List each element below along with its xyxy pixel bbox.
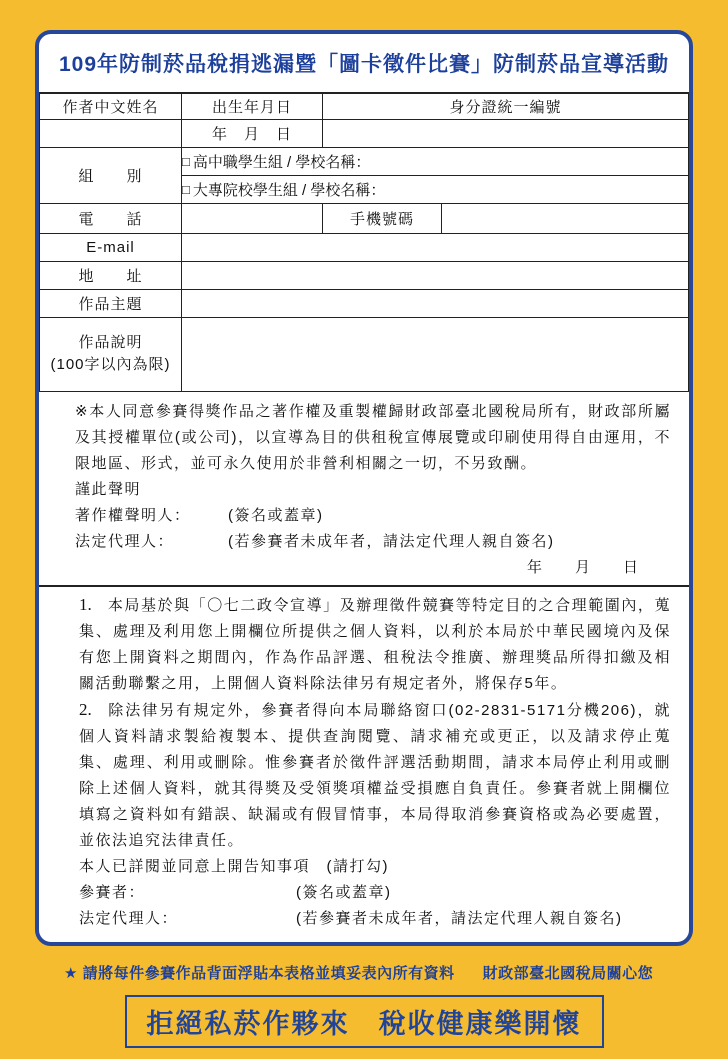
slogan-banner: 拒絕私菸作夥來 稅收健康樂開懷 (125, 995, 604, 1048)
work-theme-label: 作品主題 (40, 289, 182, 317)
mobile-field[interactable] (442, 203, 689, 233)
author-name-field[interactable] (40, 119, 182, 147)
group-option-college[interactable]: □大專院校學生組 / 學校名稱： (182, 175, 689, 203)
copyright-declarant-label: 著作權聲明人： (75, 503, 193, 529)
email-field[interactable] (182, 233, 689, 261)
table-row: 地 址 (40, 261, 689, 289)
participant-legal-representative-signature-field[interactable] (197, 906, 296, 932)
college-group-checkbox[interactable]: □ (182, 182, 190, 197)
college-group-option-label: 大專院校學生組 / 學校名稱： (193, 182, 386, 199)
star-icon: ★ (64, 965, 83, 982)
legal-representative-note: (若參賽者未成年者，請法定代理人親自簽名) (228, 529, 555, 555)
table-row: 組 別 □高中職學生組 / 學校名稱： (40, 147, 689, 175)
table-header-row: 作者中文姓名 出生年月日 身分證統一編號 (40, 93, 689, 119)
participant-sign-or-seal-note: (簽名或蓋章) (296, 880, 392, 906)
table-row: E-mail (40, 233, 689, 261)
slogan-banner-wrap: 拒絕私菸作夥來 稅收健康樂開懷 (0, 995, 728, 1048)
birth-date-field[interactable]: 年 月 日 (182, 119, 323, 147)
id-number-header: 身分證統一編號 (323, 93, 689, 119)
footer-note: ★ 請將每件參賽作品背面浮貼本表格並填妥表內所有資料財政部臺北國稅局關心您 (64, 962, 728, 983)
consent-statement: 本人已詳閱並同意上開告知事項 (請打勾) (39, 854, 689, 880)
participant-label: 參賽者： (79, 880, 197, 906)
sign-or-seal-note: (簽名或蓋章) (228, 503, 324, 529)
work-description-label-line2: (100字以內為限) (40, 354, 181, 376)
form-title: 109年防制菸品稅捐逃漏暨「圖卡徵件比賽」防制菸品宣導活動 (39, 34, 689, 92)
participant-row: 參賽者：(簽名或蓋章) (39, 880, 689, 906)
phone-field[interactable] (182, 203, 323, 233)
group-option-highschool[interactable]: □高中職學生組 / 學校名稱： (182, 147, 689, 175)
table-row: 作品說明 (100字以內為限) (40, 317, 689, 391)
footer-note-text: 請將每件參賽作品背面浮貼本表格並填妥表內所有資料 (83, 965, 455, 982)
privacy-item-1-text: 本局基於與「〇七二政令宣導」及辦理徵件競賽等特定目的之合理範圍內，蒐集、處理及利… (79, 597, 671, 692)
work-description-label-line1: 作品說明 (40, 332, 181, 354)
table-row: 電 話 手機號碼 (40, 203, 689, 233)
section-divider (39, 585, 689, 587)
copyright-notice: ※本人同意參賽得獎作品之著作權及重製權歸財政部臺北國稅局所有，財政部所屬及其授權… (39, 397, 689, 477)
table-row: 作品主題 (40, 289, 689, 317)
privacy-item-1: 1.本局基於與「〇七二政令宣導」及辦理徵件競賽等特定目的之合理範圍內，蒐集、處理… (39, 592, 689, 697)
privacy-item-2: 2.除法律另有規定外，參賽者得向本局聯絡窗口(02-2831-5171分機206… (39, 697, 689, 854)
participant-legal-representative-note: (若參賽者未成年者，請法定代理人親自簽名) (296, 906, 623, 932)
entry-form-table: 作者中文姓名 出生年月日 身分證統一編號 年 月 日 組 別 □高中職學生組 /… (39, 92, 689, 392)
address-field[interactable] (182, 261, 689, 289)
legal-representative-row: 法定代理人：(若參賽者未成年者，請法定代理人親自簽名) (39, 529, 689, 555)
declaration-date-field[interactable]: 年 月 日 (39, 555, 689, 581)
mobile-label: 手機號碼 (323, 203, 442, 233)
highschool-group-checkbox[interactable]: □ (182, 154, 190, 169)
legal-representative-signature-field[interactable] (193, 529, 228, 555)
declaration-section: ※本人同意參賽得獎作品之著作權及重製權歸財政部臺北國稅局所有，財政部所屬及其授權… (39, 392, 689, 942)
work-description-label: 作品說明 (100字以內為限) (40, 317, 182, 391)
footer-agency-text: 財政部臺北國稅局關心您 (483, 965, 654, 982)
email-label: E-mail (40, 233, 182, 261)
privacy-item-2-text: 除法律另有規定外，參賽者得向本局聯絡窗口(02-2831-5171分機206)，… (79, 702, 671, 849)
participant-signature-field[interactable] (197, 880, 296, 906)
entry-form-card: 109年防制菸品稅捐逃漏暨「圖卡徵件比賽」防制菸品宣導活動 作者中文姓名 出生年… (35, 30, 693, 946)
address-label: 地 址 (40, 261, 182, 289)
phone-label: 電 話 (40, 203, 182, 233)
highschool-group-option-label: 高中職學生組 / 學校名稱： (193, 154, 371, 171)
participant-legal-representative-label: 法定代理人： (79, 906, 197, 932)
copyright-declarant-row: 著作權聲明人：(簽名或蓋章) (39, 503, 689, 529)
declaration-closing: 謹此聲明 (39, 477, 689, 503)
group-label: 組 別 (40, 147, 182, 203)
work-description-field[interactable] (182, 317, 689, 391)
birth-date-header: 出生年月日 (182, 93, 323, 119)
participant-legal-representative-row: 法定代理人：(若參賽者未成年者，請法定代理人親自簽名) (39, 906, 689, 932)
copyright-declarant-signature-field[interactable] (193, 503, 228, 529)
legal-representative-label: 法定代理人： (75, 529, 193, 555)
privacy-item-1-number: 1. (79, 595, 92, 614)
privacy-item-2-number: 2. (79, 700, 92, 719)
author-name-header: 作者中文姓名 (40, 93, 182, 119)
table-row: 年 月 日 (40, 119, 689, 147)
work-theme-field[interactable] (182, 289, 689, 317)
id-number-field[interactable] (323, 119, 689, 147)
